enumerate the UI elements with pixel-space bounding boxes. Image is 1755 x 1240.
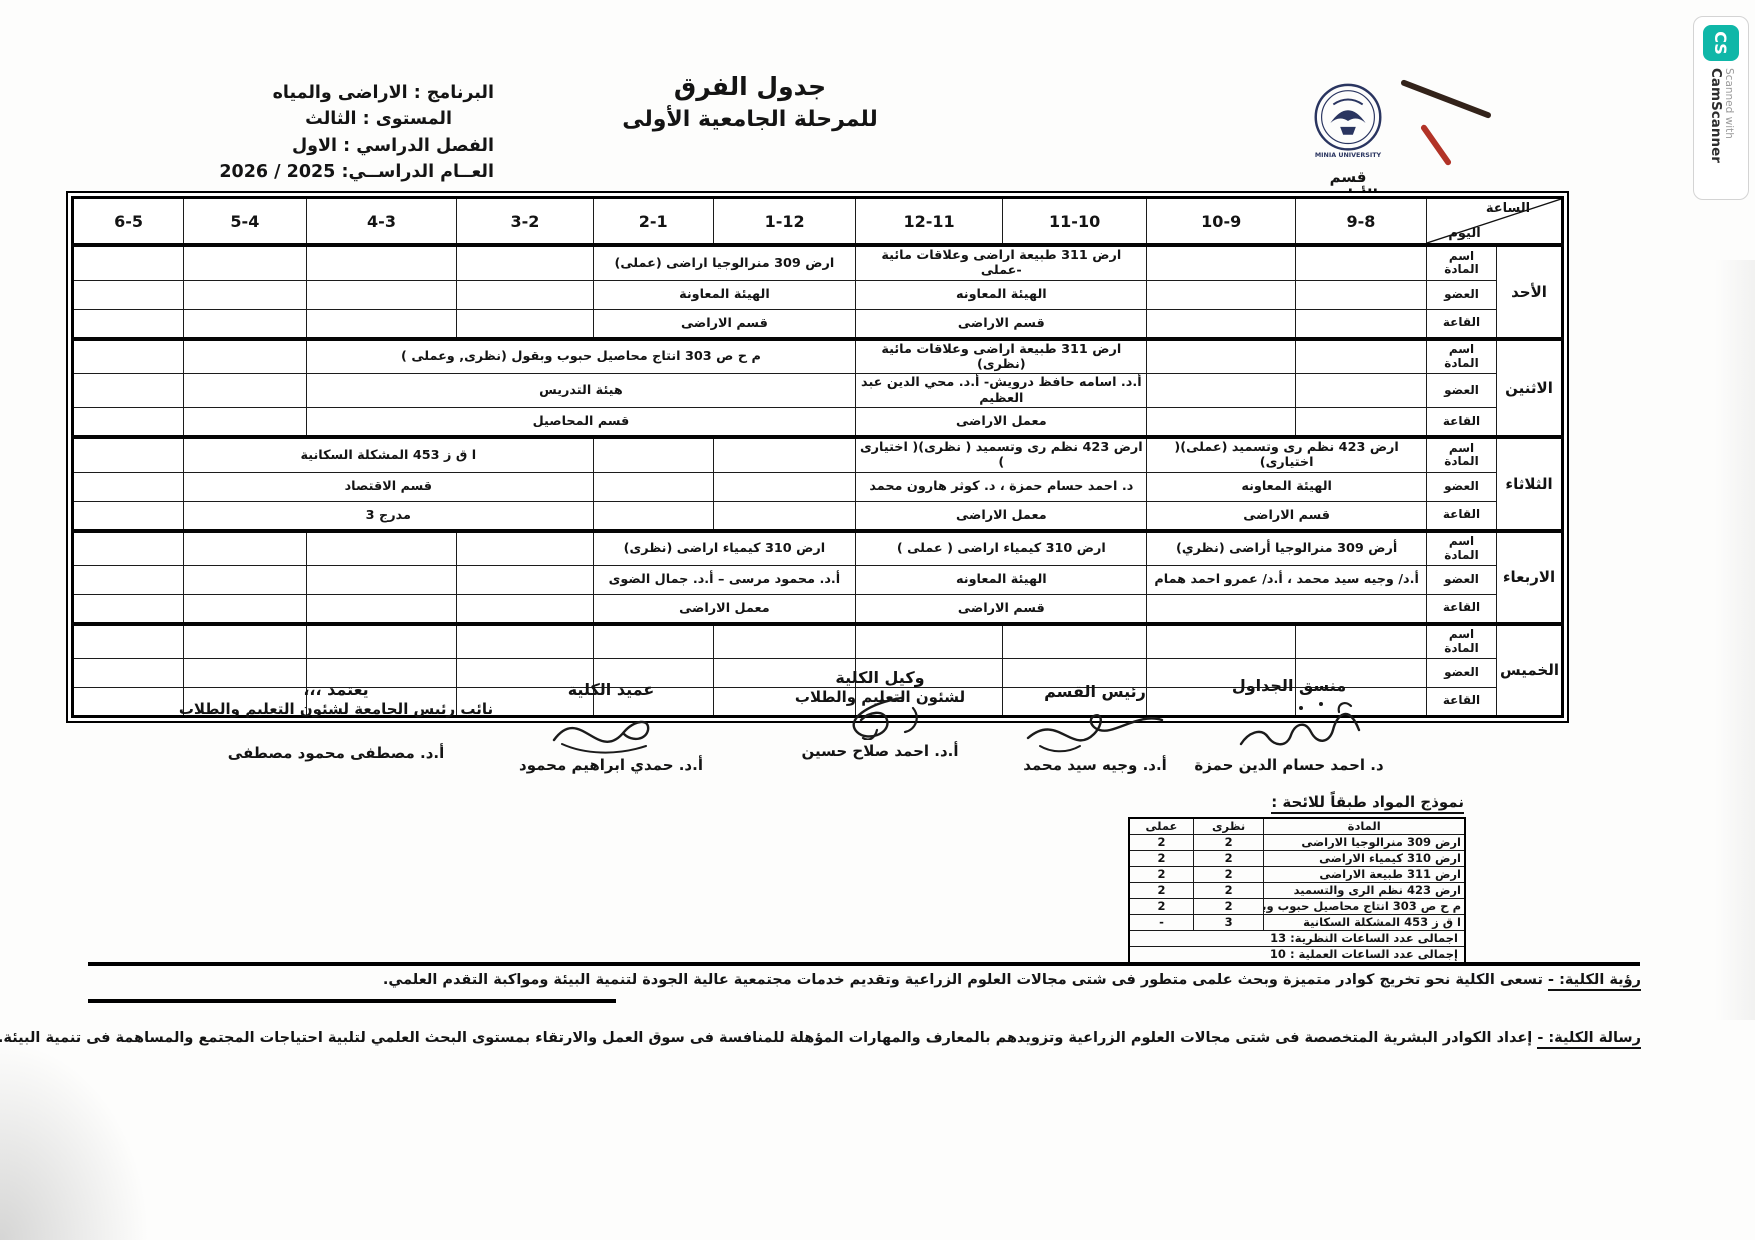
timetable-row: الخميساسم المادة <box>73 624 1563 659</box>
courses-total-cell: إجمالى عدد الساعات العملية : 10 <box>1129 947 1465 964</box>
timetable-cell: أ.د. اسامه حافظ درويش- أ.د. محي الدين عب… <box>856 374 1147 408</box>
corner-day-label: اليوم <box>1448 226 1480 241</box>
timetable-cell <box>1147 309 1296 339</box>
signature-block-dean: عميد الكلية أ.د. حمدي ابراهيم محمود <box>498 680 724 774</box>
timetable-cell <box>1147 408 1296 438</box>
signature-name: أ.د. مصطفى محمود مصطفى <box>162 744 510 762</box>
timetable-cell: أ.د. محمود مرسى – أ.د. جمال الضوى <box>593 565 856 594</box>
title-line1: جدول الفرق <box>540 72 960 101</box>
timetable-cell <box>306 245 457 280</box>
course-theory-cell: 2 <box>1193 867 1263 883</box>
signature-squiggle <box>1209 696 1369 754</box>
timetable-cell: معمل الاراضى <box>856 501 1147 531</box>
timetable-cell <box>73 501 184 531</box>
timetable-cell: قسم الاقتصاد <box>184 472 593 501</box>
timetable-cell <box>713 501 855 531</box>
timetable-cell <box>593 501 713 531</box>
timetable-cell <box>457 531 593 566</box>
timetable-cell <box>73 531 184 566</box>
signature-squiggle <box>536 700 686 754</box>
timetable-cell <box>1296 309 1427 339</box>
row-label-cell: القاعة <box>1426 501 1496 531</box>
program-info: البرنامج : الاراضى والمياه المستوى : الث… <box>148 80 494 185</box>
course-theory-cell: 3 <box>1193 915 1263 931</box>
timetable-row: القاعةقسم الاراضىمعمل الاراضى <box>73 594 1563 624</box>
time-slot-header: 4-3 <box>306 198 457 246</box>
pen-stroke-red <box>1420 124 1452 167</box>
timetable-row: الأحداسم المادةارض 311 طبيعة اراضى وعلاق… <box>73 245 1563 280</box>
vision-label: رؤية الكلية: - <box>1548 972 1641 991</box>
course-practical-cell: 2 <box>1129 835 1193 851</box>
signature-title: وكيل الكلية <box>762 668 998 688</box>
timetable-cell <box>184 280 307 309</box>
title-line2: للمرحلة الجامعية الأولى <box>540 107 960 132</box>
level-line: المستوى : الثالث <box>148 106 494 132</box>
timetable-cell <box>306 280 457 309</box>
scanner-line2: CamScanner <box>1707 68 1723 163</box>
signature-name: أ.د. حمدي ابراهيم محمود <box>498 756 724 774</box>
timetable-cell <box>1147 280 1296 309</box>
course-name-cell: ارض 310 كيمياء الاراضى <box>1264 851 1465 867</box>
timetable-cell: ارض 309 منرالوجيا اراضى (عملى) <box>593 245 856 280</box>
timetable-cell <box>593 472 713 501</box>
timetable-cell: مدرج 3 <box>184 501 593 531</box>
courses-total-row: اجمالى عدد الساعات النظرية: 13 <box>1129 931 1465 947</box>
timetable-cell <box>73 472 184 501</box>
pen-stroke-dark <box>1400 79 1492 119</box>
row-label-cell: القاعة <box>1426 408 1496 438</box>
timetable-cell <box>306 565 457 594</box>
timetable-row: الاثنيناسم المادةارض 311 طبيعة اراضى وعل… <box>73 339 1563 374</box>
course-practical-cell: 2 <box>1129 899 1193 915</box>
scan-shadow <box>1715 260 1755 1020</box>
timetable-cell <box>1002 624 1146 659</box>
timetable-cell <box>713 472 855 501</box>
timetable-cell <box>1296 374 1427 408</box>
signature-block-vice-dean: وكيل الكلية لشئون التعليم والطلاب أ.د. ا… <box>762 668 998 760</box>
timetable-cell: ارض 310 كيمياء اراضى (نظرى) <box>593 531 856 566</box>
timetable: الساعة اليوم 9-810-911-1012-111-122-13-2… <box>66 191 1569 723</box>
timetable-cell <box>457 280 593 309</box>
timetable-cell <box>1147 624 1296 659</box>
courses-header-cell: المادة <box>1264 818 1465 835</box>
signature-name: أ.د. احمد صلاح حسين <box>762 742 998 760</box>
course-practical-cell: 2 <box>1129 883 1193 899</box>
signature-title: عميد الكلية <box>498 680 724 700</box>
signature-block-head: رئيس القسم أ.د. وجيه سيد محمد <box>980 682 1210 774</box>
time-slot-header: 6-5 <box>73 198 184 246</box>
document-title: جدول الفرق للمرحلة الجامعية الأولى <box>540 72 960 132</box>
timetable-cell <box>1296 408 1427 438</box>
time-slot-header: 12-11 <box>856 198 1003 246</box>
courses-row: م ح ص 303 انتاج محاصيل حبوب وبقول22 <box>1129 899 1465 915</box>
timetable-cell <box>184 624 307 659</box>
course-name-cell: ا ق ز 453 المشكلة السكانية <box>1264 915 1465 931</box>
timetable-cell: الهيئة المعاونه <box>856 280 1147 309</box>
course-name-cell: ارض 311 طبيعة الاراضى <box>1264 867 1465 883</box>
timetable-row: العضوأ.د. اسامه حافظ درويش- أ.د. محي الد… <box>73 374 1563 408</box>
signature-subtitle: نائب رئيس الجامعة لشئون التعليم والطلاب <box>162 700 510 718</box>
timetable-cell: أ.د/ وجيه سيد محمد ، أ.د/ عمرو احمد همام <box>1147 565 1427 594</box>
timetable-cell <box>1296 280 1427 309</box>
timetable-row: القاعةمعمل الاراضىقسم المحاصيل <box>73 408 1563 438</box>
row-label-cell: العضو <box>1426 374 1496 408</box>
time-slot-header: 3-2 <box>457 198 593 246</box>
mission-label: رسالة الكلية: - <box>1537 1030 1641 1049</box>
timetable-cell: الهيئة المعاونة <box>593 280 856 309</box>
university-logo-block: MINIA UNIVERSITY قسم الأراضى <box>1298 78 1398 204</box>
signature-block-approval: يعتمد ،،، نائب رئيس الجامعة لشئون التعلي… <box>162 680 510 762</box>
row-label-cell: اسم المادة <box>1426 339 1496 374</box>
faculty-vision: رؤية الكلية: - تسعى الكلية نحو تخريج كوا… <box>95 972 1641 988</box>
year-line: العــام الدراســي: 2025 / 2026 <box>148 159 494 185</box>
timetable-row: العضوالهيئة المعاونهد. احمد حسام حمزة ، … <box>73 472 1563 501</box>
timetable-cell <box>184 245 307 280</box>
course-theory-cell: 2 <box>1193 835 1263 851</box>
semester-line: الفصل الدراسي : الاول <box>148 133 494 159</box>
time-slot-header: 10-9 <box>1147 198 1296 246</box>
timetable-cell <box>306 594 457 624</box>
row-label-cell: اسم المادة <box>1426 531 1496 566</box>
timetable-cell <box>73 565 184 594</box>
day-cell: الثلاثاء <box>1497 437 1563 531</box>
timetable-cell <box>457 245 593 280</box>
timetable-cell <box>184 309 307 339</box>
row-label-cell: العضو <box>1426 658 1496 687</box>
divider-line <box>88 962 1640 966</box>
timetable-cell <box>73 437 184 472</box>
row-label-cell: العضو <box>1426 472 1496 501</box>
course-practical-cell: 2 <box>1129 851 1193 867</box>
courses-header-cell: عملى <box>1129 818 1193 835</box>
timetable-row: الاربعاءاسم المادةأرض 309 منرالوجيا أراض… <box>73 531 1563 566</box>
timetable-cell <box>184 408 307 438</box>
timetable-cell <box>457 309 593 339</box>
divider-line <box>88 999 616 1003</box>
timetable-cell <box>713 437 855 472</box>
course-theory-cell: 2 <box>1193 851 1263 867</box>
timetable-cell <box>1147 245 1296 280</box>
timetable-cell <box>1147 339 1296 374</box>
time-slot-header: 1-12 <box>713 198 855 246</box>
mission-text: إعداد الكوادر البشرية المتخصصة فى شتى مج… <box>0 1030 1532 1046</box>
timetable-cell <box>184 594 307 624</box>
course-practical-cell: 2 <box>1129 867 1193 883</box>
timetable-cell: ارض 311 طبيعة اراضى وعلاقات مائية (نظرى) <box>856 339 1147 374</box>
courses-row: ا ق ز 453 المشكلة السكانية3- <box>1129 915 1465 931</box>
timetable-cell <box>1147 374 1296 408</box>
courses-total-row: إجمالى عدد الساعات العملية : 10 <box>1129 947 1465 964</box>
timetable-cell <box>457 594 593 624</box>
timetable-cell <box>73 339 184 374</box>
timetable-cell <box>73 594 184 624</box>
corner-hour-label: الساعة <box>1486 201 1530 216</box>
time-slot-header: 2-1 <box>593 198 713 246</box>
time-slot-header: 9-8 <box>1296 198 1427 246</box>
vision-text: تسعى الكلية نحو تخريج كوادر متميزة وبحث … <box>383 972 1543 988</box>
row-label-cell: اسم المادة <box>1426 624 1496 659</box>
courses-row: ارض 310 كيمياء الاراضى22 <box>1129 851 1465 867</box>
timetable-cell: معمل الاراضى <box>593 594 856 624</box>
day-cell: الخميس <box>1497 624 1563 717</box>
signature-squiggle <box>1020 702 1170 754</box>
timetable-cell <box>1296 624 1427 659</box>
signature-title: رئيس القسم <box>980 682 1210 702</box>
camscanner-badge: CS Scanned with CamScanner <box>1693 16 1749 200</box>
courses-table: المادةنظرىعملىارض 309 منرالوجيا الاراضى2… <box>1128 817 1466 964</box>
signature-title: يعتمد ،،، <box>162 680 510 700</box>
timetable-cell: قسم الاراضى <box>1147 501 1427 531</box>
timetable-cell <box>184 531 307 566</box>
timetable-cell: قسم الاراضى <box>856 594 1147 624</box>
timetable-row: القاعةقسم الاراضىقسم الاراضى <box>73 309 1563 339</box>
timetable-cell <box>306 309 457 339</box>
timetable-cell: ارض 423 نظم رى وتسميد ( نظرى)( اختيارى ) <box>856 437 1147 472</box>
timetable-cell <box>73 374 184 408</box>
timetable-row: الثلاثاءاسم المادةارض 423 نظم رى وتسميد … <box>73 437 1563 472</box>
courses-note: نموذج المواد طبقاً للائحة : <box>1146 793 1464 811</box>
timetable-cell <box>73 280 184 309</box>
courses-row: ارض 309 منرالوجيا الاراضى22 <box>1129 835 1465 851</box>
timetable-cell <box>73 245 184 280</box>
timetable-cell <box>306 531 457 566</box>
timetable-cell: قسم الاراضى <box>593 309 856 339</box>
timetable-cell <box>1296 245 1427 280</box>
scanner-line1: Scanned with <box>1723 68 1735 163</box>
time-slot-header: 11-10 <box>1002 198 1146 246</box>
timetable-cell: ارض 311 طبيعة اراضى وعلاقات مائية -عملى <box>856 245 1147 280</box>
timetable-cell <box>1147 594 1427 624</box>
faculty-mission: رسالة الكلية: - إعداد الكوادر البشرية ال… <box>95 1030 1641 1046</box>
timetable-cell: د. احمد حسام حمزة ، د. كوثر هارون محمد <box>856 472 1147 501</box>
timetable-row: العضوالهيئة المعاونهالهيئة المعاونة <box>73 280 1563 309</box>
timetable-cell: الهيئة المعاونه <box>1147 472 1427 501</box>
timetable-row: القاعةقسم الاراضىمعمل الاراضىمدرج 3 <box>73 501 1563 531</box>
courses-header-cell: نظرى <box>1193 818 1263 835</box>
timetable-cell <box>184 565 307 594</box>
timetable-cell <box>856 624 1003 659</box>
minia-university-logo-icon: MINIA UNIVERSITY <box>1304 78 1392 166</box>
day-cell: الاثنين <box>1497 339 1563 437</box>
timetable-cell: معمل الاراضى <box>856 408 1147 438</box>
camscanner-icon: CS <box>1703 25 1739 61</box>
row-label-cell: القاعة <box>1426 309 1496 339</box>
timetable-cell <box>457 624 593 659</box>
timetable-cell: ارض 310 كيمياء اراضى ( عملى ) <box>856 531 1147 566</box>
timetable-cell <box>184 339 307 374</box>
course-name-cell: م ح ص 303 انتاج محاصيل حبوب وبقول <box>1264 899 1465 915</box>
timetable-header-row: الساعة اليوم 9-810-911-1012-111-122-13-2… <box>73 198 1563 246</box>
timetable-cell <box>73 408 184 438</box>
course-theory-cell: 2 <box>1193 883 1263 899</box>
row-label-cell: اسم المادة <box>1426 245 1496 280</box>
timetable-cell: الهيئة المعاونه <box>856 565 1147 594</box>
courses-row: ارض 423 نظم الرى والتسميد22 <box>1129 883 1465 899</box>
time-slot-header: 5-4 <box>184 198 307 246</box>
courses-total-cell: اجمالى عدد الساعات النظرية: 13 <box>1129 931 1465 947</box>
timetable-cell: قسم المحاصيل <box>306 408 856 438</box>
course-name-cell: ارض 423 نظم الرى والتسميد <box>1264 883 1465 899</box>
course-theory-cell: 2 <box>1193 899 1263 915</box>
day-cell: الأحد <box>1497 245 1563 339</box>
course-name-cell: ارض 309 منرالوجيا الاراضى <box>1264 835 1465 851</box>
course-practical-cell: - <box>1129 915 1193 931</box>
row-label-cell: القاعة <box>1426 594 1496 624</box>
scan-shadow <box>0 1040 150 1240</box>
timetable-cell <box>593 624 713 659</box>
timetable-cell: أرض 309 منرالوجيا أراضى (نظري) <box>1147 531 1427 566</box>
timetable-cell <box>73 624 184 659</box>
timetable-row: العضوأ.د/ وجيه سيد محمد ، أ.د/ عمرو احمد… <box>73 565 1563 594</box>
timetable-cell <box>73 309 184 339</box>
timetable-cell: هيئة التدريس <box>306 374 856 408</box>
program-line: البرنامج : الاراضى والمياه <box>148 80 494 106</box>
row-label-cell: العضو <box>1426 280 1496 309</box>
corner-cell: الساعة اليوم <box>1426 198 1562 246</box>
courses-row: ارض 311 طبيعة الاراضى22 <box>1129 867 1465 883</box>
timetable-cell <box>306 624 457 659</box>
day-cell: الاربعاء <box>1497 531 1563 624</box>
timetable-cell <box>1296 339 1427 374</box>
timetable-cell <box>457 565 593 594</box>
signature-name: أ.د. وجيه سيد محمد <box>980 756 1210 774</box>
row-label-cell: القاعة <box>1426 687 1496 716</box>
timetable-cell <box>713 624 855 659</box>
timetable-cell: ارض 423 نظم رى وتسميد (عملى)( اختيارى) <box>1147 437 1427 472</box>
row-label-cell: العضو <box>1426 565 1496 594</box>
row-label-cell: اسم المادة <box>1426 437 1496 472</box>
logo-caption-text: MINIA UNIVERSITY <box>1315 152 1382 159</box>
timetable-cell: قسم الاراضى <box>856 309 1147 339</box>
timetable-cell: ا ق ز 453 المشكلة السكانية <box>184 437 593 472</box>
timetable-cell: م ح ص 303 انتاج محاصيل حبوب وبقول (نظرى,… <box>306 339 856 374</box>
timetable-cell <box>593 437 713 472</box>
timetable-cell <box>184 374 307 408</box>
